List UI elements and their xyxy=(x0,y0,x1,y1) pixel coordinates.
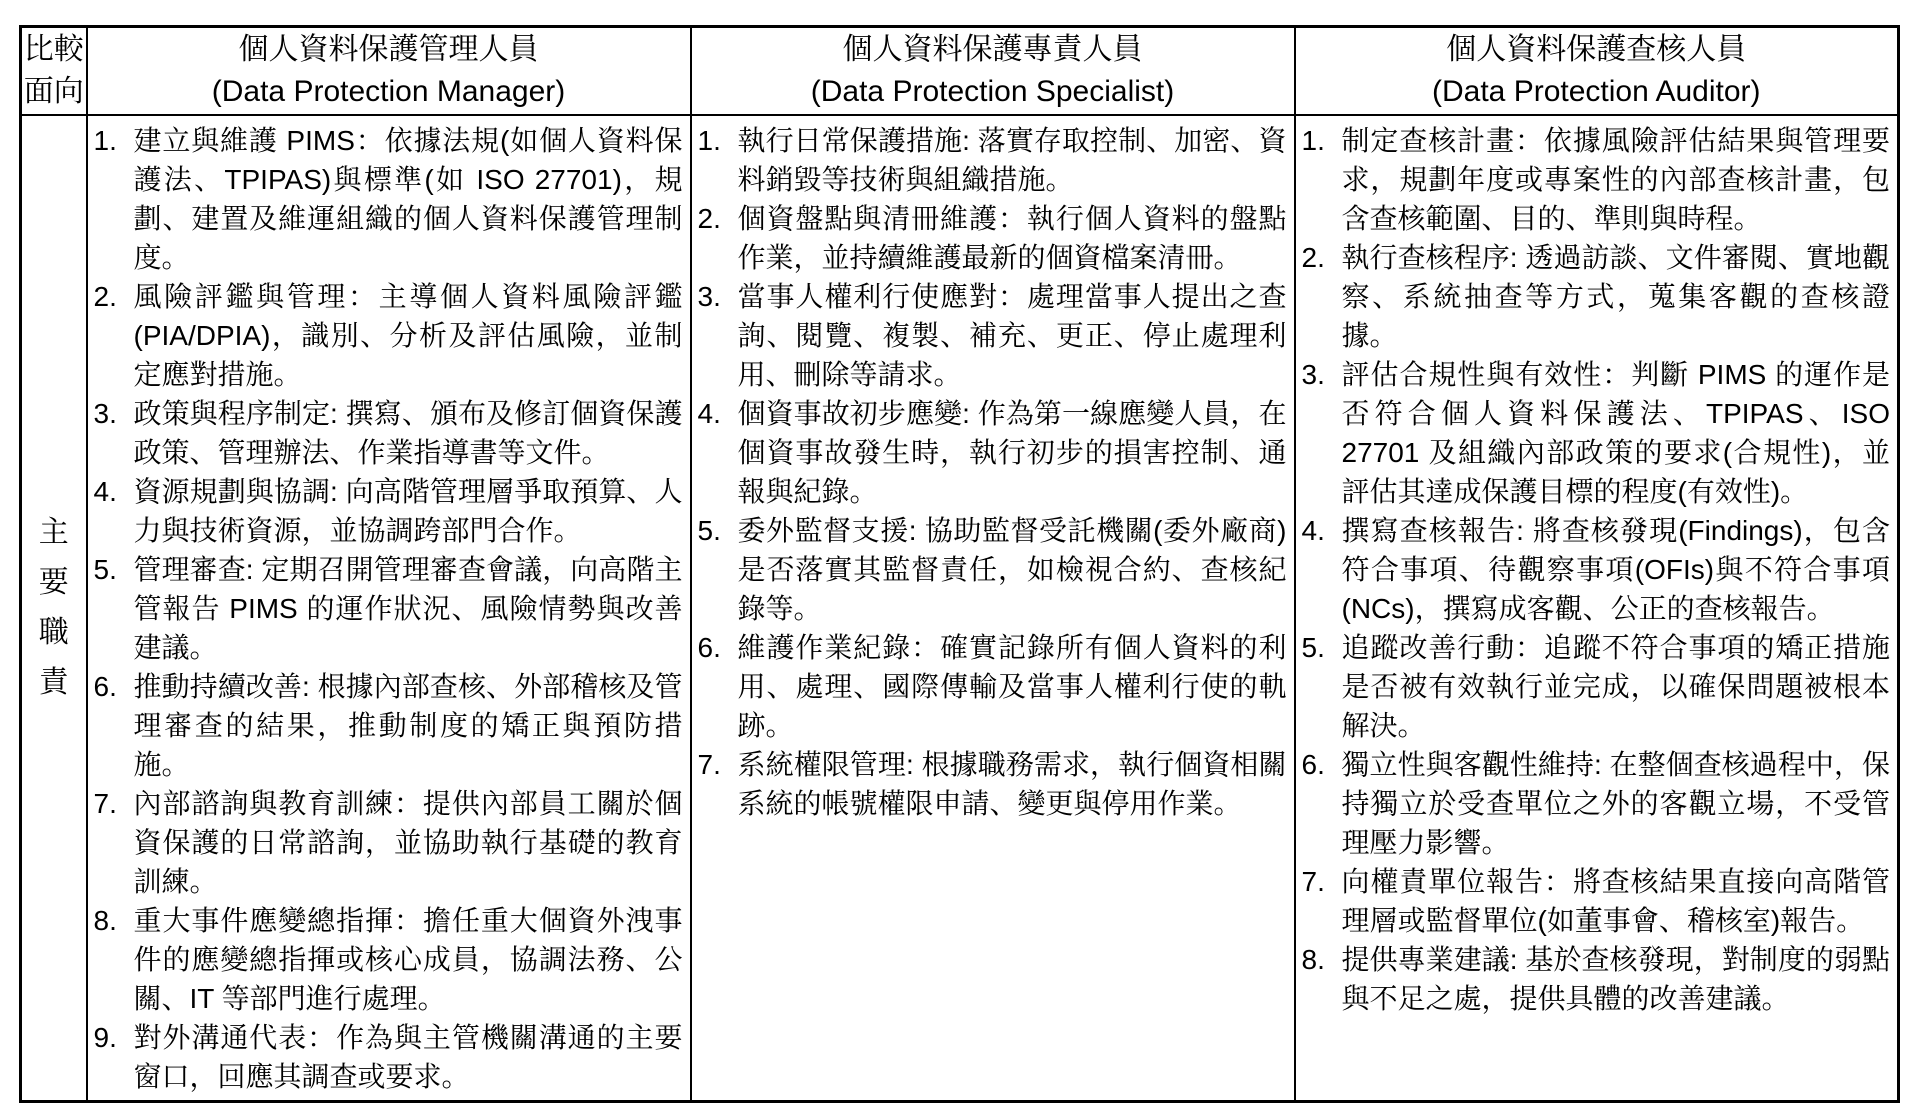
duty-item: 7.向權責單位報告：將查核結果直接向高階管理層或監督單位(如董事會、稽核室)報告… xyxy=(1300,862,1891,940)
duty-number: 5. xyxy=(1300,628,1342,745)
duty-text: 個資事故初步應變: 作為第一線應變人員，在個資事故發生時，執行初步的損害控制、通… xyxy=(738,394,1287,511)
duty-number: 6. xyxy=(696,628,738,745)
duties-cell-specialist: 1.執行日常保護措施: 落實存取控制、加密、資料銷毀等技術與組織措施。2.個資盤… xyxy=(691,115,1295,1036)
duty-number: 1. xyxy=(92,121,134,277)
duty-item: 4.個資事故初步應變: 作為第一線應變人員，在個資事故發生時，執行初步的損害控制… xyxy=(696,394,1287,511)
duty-number: 9. xyxy=(92,1018,134,1036)
duty-text: 執行查核程序: 透過訪談、文件審閱、實地觀察、系統抽查等方式，蒐集客觀的查核證據… xyxy=(1342,238,1891,355)
duty-number: 8. xyxy=(1300,940,1342,1018)
duty-text: 評估合規性與有效性：判斷 PIMS 的運作是否符合個人資料保護法、TPIPAS、… xyxy=(1342,355,1891,511)
column-title-zh: 個人資料保護管理人員 xyxy=(88,29,690,71)
duty-text: 推動持續改善: 根據內部查核、外部稽核及管理審查的結果，推動制度的矯正與預防措施… xyxy=(134,667,683,784)
duty-number: 5. xyxy=(696,511,738,628)
duty-text: 獨立性與客觀性維持: 在整個查核過程中，保持獨立於受查單位之外的客觀立場，不受管… xyxy=(1342,745,1891,862)
duty-text: 執行日常保護措施: 落實存取控制、加密、資料銷毀等技術與組織措施。 xyxy=(738,121,1287,199)
duty-item: 4.撰寫查核報告: 將查核發現(Findings)，包含符合事項、待觀察事項(O… xyxy=(1300,511,1891,628)
role-comparison-table: 比較面向 個人資料保護管理人員 (Data Protection Manager… xyxy=(19,25,1900,1035)
duty-text: 向權責單位報告：將查核結果直接向高階管理層或監督單位(如董事會、稽核室)報告。 xyxy=(1342,862,1891,940)
column-title-zh: 個人資料保護專責人員 xyxy=(692,29,1294,71)
duty-text: 風險評鑑與管理：主導個人資料風險評鑑(PIA/DPIA)，識別、分析及評估風險，… xyxy=(134,277,683,394)
duty-item: 9.對外溝通代表：作為與主管機關溝通的主要窗口，回應其調查或要求。 xyxy=(92,1018,683,1036)
duty-number: 7. xyxy=(1300,862,1342,940)
duties-cell-auditor: 1.制定查核計畫：依據風險評估結果與管理要求，規劃年度或專案性的內部查核計畫，包… xyxy=(1295,115,1899,1036)
duty-item: 5.追蹤改善行動：追蹤不符合事項的矯正措施是否被有效執行並完成，以確保問題被根本… xyxy=(1300,628,1891,745)
row-label-cell: 主要職責 xyxy=(21,115,87,1036)
duty-item: 6.獨立性與客觀性維持: 在整個查核過程中，保持獨立於受查單位之外的客觀立場，不… xyxy=(1300,745,1891,862)
duty-text: 委外監督支援: 協助監督受託機關(委外廠商)是否落實其監督責任，如檢視合約、查核… xyxy=(738,511,1287,628)
duty-text: 管理審查: 定期召開管理審查會議，向高階主管報告 PIMS 的運作狀況、風險情勢… xyxy=(134,550,683,667)
duty-item: 4.資源規劃與協調: 向高階管理層爭取預算、人力與技術資源，並協調跨部門合作。 xyxy=(92,472,683,550)
duty-item: 5.管理審查: 定期召開管理審查會議，向高階主管報告 PIMS 的運作狀況、風險… xyxy=(92,550,683,667)
column-title-en: (Data Protection Auditor) xyxy=(1296,71,1898,113)
duty-number: 2. xyxy=(696,199,738,277)
duty-number: 3. xyxy=(92,394,134,472)
duty-item: 3.政策與程序制定: 撰寫、頒布及修訂個資保護政策、管理辦法、作業指導書等文件。 xyxy=(92,394,683,472)
column-header-auditor: 個人資料保護查核人員 (Data Protection Auditor) xyxy=(1295,27,1899,115)
duty-item: 1.制定查核計畫：依據風險評估結果與管理要求，規劃年度或專案性的內部查核計畫，包… xyxy=(1300,121,1891,238)
duty-number: 3. xyxy=(1300,355,1342,511)
duty-item: 8.重大事件應變總指揮：擔任重大個資外洩事件的應變總指揮或核心成員，協調法務、公… xyxy=(92,901,683,1018)
duty-number: 7. xyxy=(696,745,738,823)
column-title-zh: 個人資料保護查核人員 xyxy=(1296,29,1898,71)
duty-number: 4. xyxy=(92,472,134,550)
duty-number: 4. xyxy=(1300,511,1342,628)
duty-number: 1. xyxy=(1300,121,1342,238)
duty-number: 2. xyxy=(92,277,134,394)
duty-text: 政策與程序制定: 撰寫、頒布及修訂個資保護政策、管理辦法、作業指導書等文件。 xyxy=(134,394,683,472)
duty-text: 制定查核計畫：依據風險評估結果與管理要求，規劃年度或專案性的內部查核計畫，包含查… xyxy=(1342,121,1891,238)
header-row: 比較面向 個人資料保護管理人員 (Data Protection Manager… xyxy=(21,27,1899,115)
duty-item: 7.內部諮詢與教育訓練：提供內部員工關於個資保護的日常諮詢，並協助執行基礎的教育… xyxy=(92,784,683,901)
column-header-manager: 個人資料保護管理人員 (Data Protection Manager) xyxy=(87,27,691,115)
row-label: 主要職責 xyxy=(38,508,70,708)
column-header-specialist: 個人資料保護專責人員 (Data Protection Specialist) xyxy=(691,27,1295,115)
duty-item: 2.個資盤點與清冊維護：執行個人資料的盤點作業，並持續維護最新的個資檔案清冊。 xyxy=(696,199,1287,277)
duty-number: 7. xyxy=(92,784,134,901)
duty-item: 1.建立與維護 PIMS：依據法規(如個人資料保護法、TPIPAS)與標準(如 … xyxy=(92,121,683,277)
duty-number: 4. xyxy=(696,394,738,511)
duties-cell-manager: 1.建立與維護 PIMS：依據法規(如個人資料保護法、TPIPAS)與標準(如 … xyxy=(87,115,691,1036)
duty-text: 追蹤改善行動：追蹤不符合事項的矯正措施是否被有效執行並完成，以確保問題被根本解決… xyxy=(1342,628,1891,745)
duty-item: 2.執行查核程序: 透過訪談、文件審閱、實地觀察、系統抽查等方式，蒐集客觀的查核… xyxy=(1300,238,1891,355)
duty-item: 1.執行日常保護措施: 落實存取控制、加密、資料銷毀等技術與組織措施。 xyxy=(696,121,1287,199)
duties-row: 主要職責 1.建立與維護 PIMS：依據法規(如個人資料保護法、TPIPAS)與… xyxy=(21,115,1899,1036)
duty-item: 7.系統權限管理: 根據職務需求，執行個資相關系統的帳號權限申請、變更與停用作業… xyxy=(696,745,1287,823)
duty-text: 個資盤點與清冊維護：執行個人資料的盤點作業，並持續維護最新的個資檔案清冊。 xyxy=(738,199,1287,277)
duty-number: 8. xyxy=(92,901,134,1018)
column-title-en: (Data Protection Specialist) xyxy=(692,71,1294,113)
duty-text: 系統權限管理: 根據職務需求，執行個資相關系統的帳號權限申請、變更與停用作業。 xyxy=(738,745,1287,823)
duty-text: 當事人權利行使應對：處理當事人提出之查詢、閱覽、複製、補充、更正、停止處理利用、… xyxy=(738,277,1287,394)
corner-header: 比較面向 xyxy=(21,27,87,115)
duty-text: 維護作業紀錄：確實記錄所有個人資料的利用、處理、國際傳輸及當事人權利行使的軌跡。 xyxy=(738,628,1287,745)
duty-number: 3. xyxy=(696,277,738,394)
duty-number: 6. xyxy=(1300,745,1342,862)
duty-item: 3.評估合規性與有效性：判斷 PIMS 的運作是否符合個人資料保護法、TPIPA… xyxy=(1300,355,1891,511)
duty-text: 內部諮詢與教育訓練：提供內部員工關於個資保護的日常諮詢，並協助執行基礎的教育訓練… xyxy=(134,784,683,901)
duty-text: 建立與維護 PIMS：依據法規(如個人資料保護法、TPIPAS)與標準(如 IS… xyxy=(134,121,683,277)
duty-item: 6.維護作業紀錄：確實記錄所有個人資料的利用、處理、國際傳輸及當事人權利行使的軌… xyxy=(696,628,1287,745)
duty-item: 2.風險評鑑與管理：主導個人資料風險評鑑(PIA/DPIA)，識別、分析及評估風… xyxy=(92,277,683,394)
duty-number: 5. xyxy=(92,550,134,667)
duty-text: 資源規劃與協調: 向高階管理層爭取預算、人力與技術資源，並協調跨部門合作。 xyxy=(134,472,683,550)
duty-text: 撰寫查核報告: 將查核發現(Findings)，包含符合事項、待觀察事項(OFI… xyxy=(1342,511,1891,628)
duty-text: 重大事件應變總指揮：擔任重大個資外洩事件的應變總指揮或核心成員，協調法務、公關、… xyxy=(134,901,683,1018)
duty-item: 6.推動持續改善: 根據內部查核、外部稽核及管理審查的結果，推動制度的矯正與預防… xyxy=(92,667,683,784)
duty-text: 對外溝通代表：作為與主管機關溝通的主要窗口，回應其調查或要求。 xyxy=(134,1018,683,1036)
duty-item: 3.當事人權利行使應對：處理當事人提出之查詢、閱覽、複製、補充、更正、停止處理利… xyxy=(696,277,1287,394)
duty-number: 2. xyxy=(1300,238,1342,355)
duty-item: 8.提供專業建議: 基於查核發現，對制度的弱點與不足之處，提供具體的改善建議。 xyxy=(1300,940,1891,1018)
column-title-en: (Data Protection Manager) xyxy=(88,71,690,113)
duty-item: 5.委外監督支援: 協助監督受託機關(委外廠商)是否落實其監督責任，如檢視合約、… xyxy=(696,511,1287,628)
duty-number: 6. xyxy=(92,667,134,784)
duty-number: 1. xyxy=(696,121,738,199)
duty-text: 提供專業建議: 基於查核發現，對制度的弱點與不足之處，提供具體的改善建議。 xyxy=(1342,940,1891,1018)
